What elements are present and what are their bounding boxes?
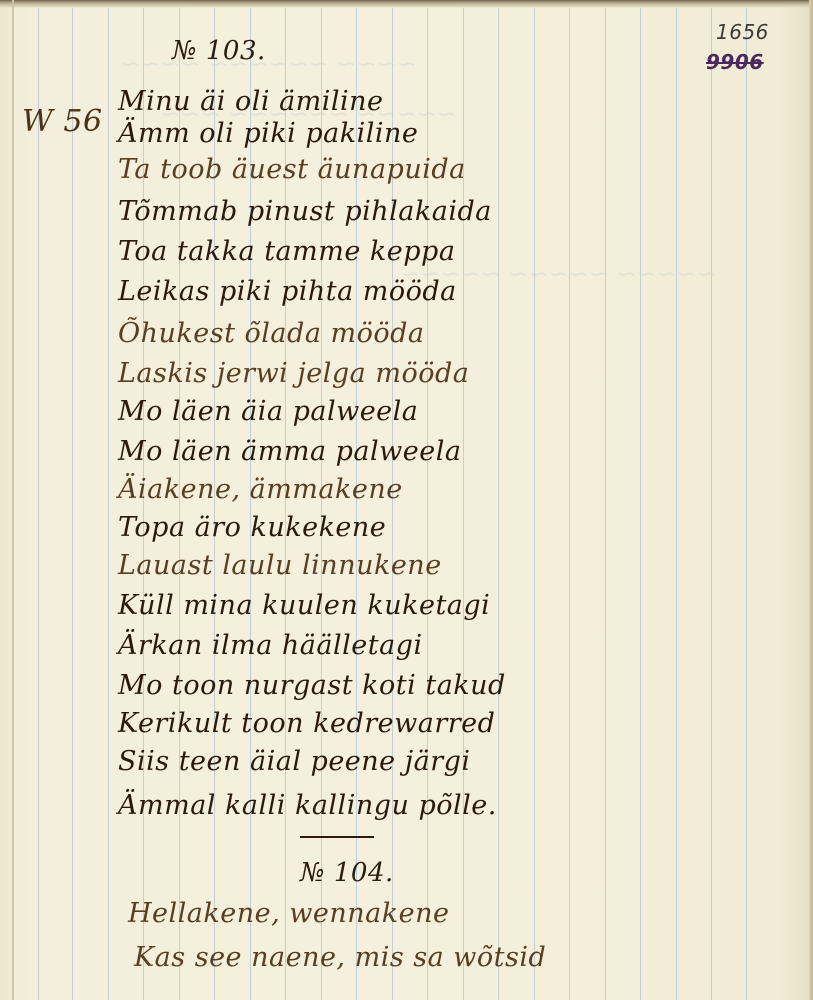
song-line: Leikas piki pihta mööda bbox=[118, 276, 457, 307]
archive-number: 1656 bbox=[716, 20, 769, 44]
song-line: Mo läen äia palweela bbox=[118, 396, 418, 427]
song-line: Ämmal kalli kallingu põlle. bbox=[118, 790, 497, 821]
song-line: Laskis jerwi jelga mööda bbox=[118, 358, 469, 389]
ruled-line bbox=[38, 8, 39, 1000]
page-top-edge bbox=[0, 0, 813, 8]
page-right-edge bbox=[809, 0, 813, 1000]
song-line: Kas see naene, mis sa wõtsid bbox=[134, 942, 546, 973]
song-number-heading: № 103. bbox=[172, 36, 266, 66]
section-separator bbox=[300, 836, 374, 838]
ruled-line bbox=[711, 8, 712, 1000]
bleed-through-text: ~~~~ ~~~~~~ ~~~~ bbox=[120, 50, 417, 78]
archive-number-crossed-out: 9906 bbox=[706, 50, 764, 74]
ruled-line bbox=[498, 8, 499, 1000]
song-line: Õhukest õlada mööda bbox=[118, 318, 425, 349]
ruled-line bbox=[569, 8, 570, 1000]
binding-fold bbox=[12, 0, 14, 1000]
song-line: Topa äro kukekene bbox=[118, 512, 386, 543]
ruled-line bbox=[108, 8, 109, 1000]
song-line: Ärkan ilma häälletagi bbox=[118, 630, 423, 661]
margin-note: W 56 bbox=[22, 104, 103, 139]
ruled-line bbox=[640, 8, 641, 1000]
song-line: Küll mina kuulen kuketagi bbox=[118, 590, 490, 621]
ruled-line bbox=[534, 8, 535, 1000]
song-line: Mo läen ämma palweela bbox=[118, 436, 461, 467]
song-line: Hellakene, wennakene bbox=[128, 898, 449, 929]
manuscript-page: ~~~~ ~~~~~~ ~~~~ ~~~~~ ~~~~~~ ~~~ ~~~~~ … bbox=[0, 0, 813, 1000]
song-line: Äiakene, ämmakene bbox=[118, 474, 403, 505]
song-line: Siis teen äial peene järgi bbox=[118, 746, 471, 777]
song-number-heading: № 104. bbox=[300, 858, 394, 888]
song-line: Mo toon nurgast koti takud bbox=[118, 670, 506, 701]
ruled-line bbox=[72, 8, 73, 1000]
song-line: Toa takka tamme keppa bbox=[118, 236, 455, 267]
song-line: Ämm oli piki pakiline bbox=[118, 118, 418, 149]
song-line: Kerikult toon kedrewarred bbox=[118, 708, 495, 739]
ruled-line bbox=[676, 8, 677, 1000]
ruled-line bbox=[746, 8, 747, 1000]
song-line: Minu äi oli ämiline bbox=[118, 86, 384, 117]
song-line: Lauast laulu linnukene bbox=[118, 550, 442, 581]
song-line: Ta toob äuest äunapuida bbox=[118, 154, 466, 185]
ruled-line bbox=[605, 8, 606, 1000]
song-line: Tõmmab pinust pihlakaida bbox=[118, 196, 492, 227]
